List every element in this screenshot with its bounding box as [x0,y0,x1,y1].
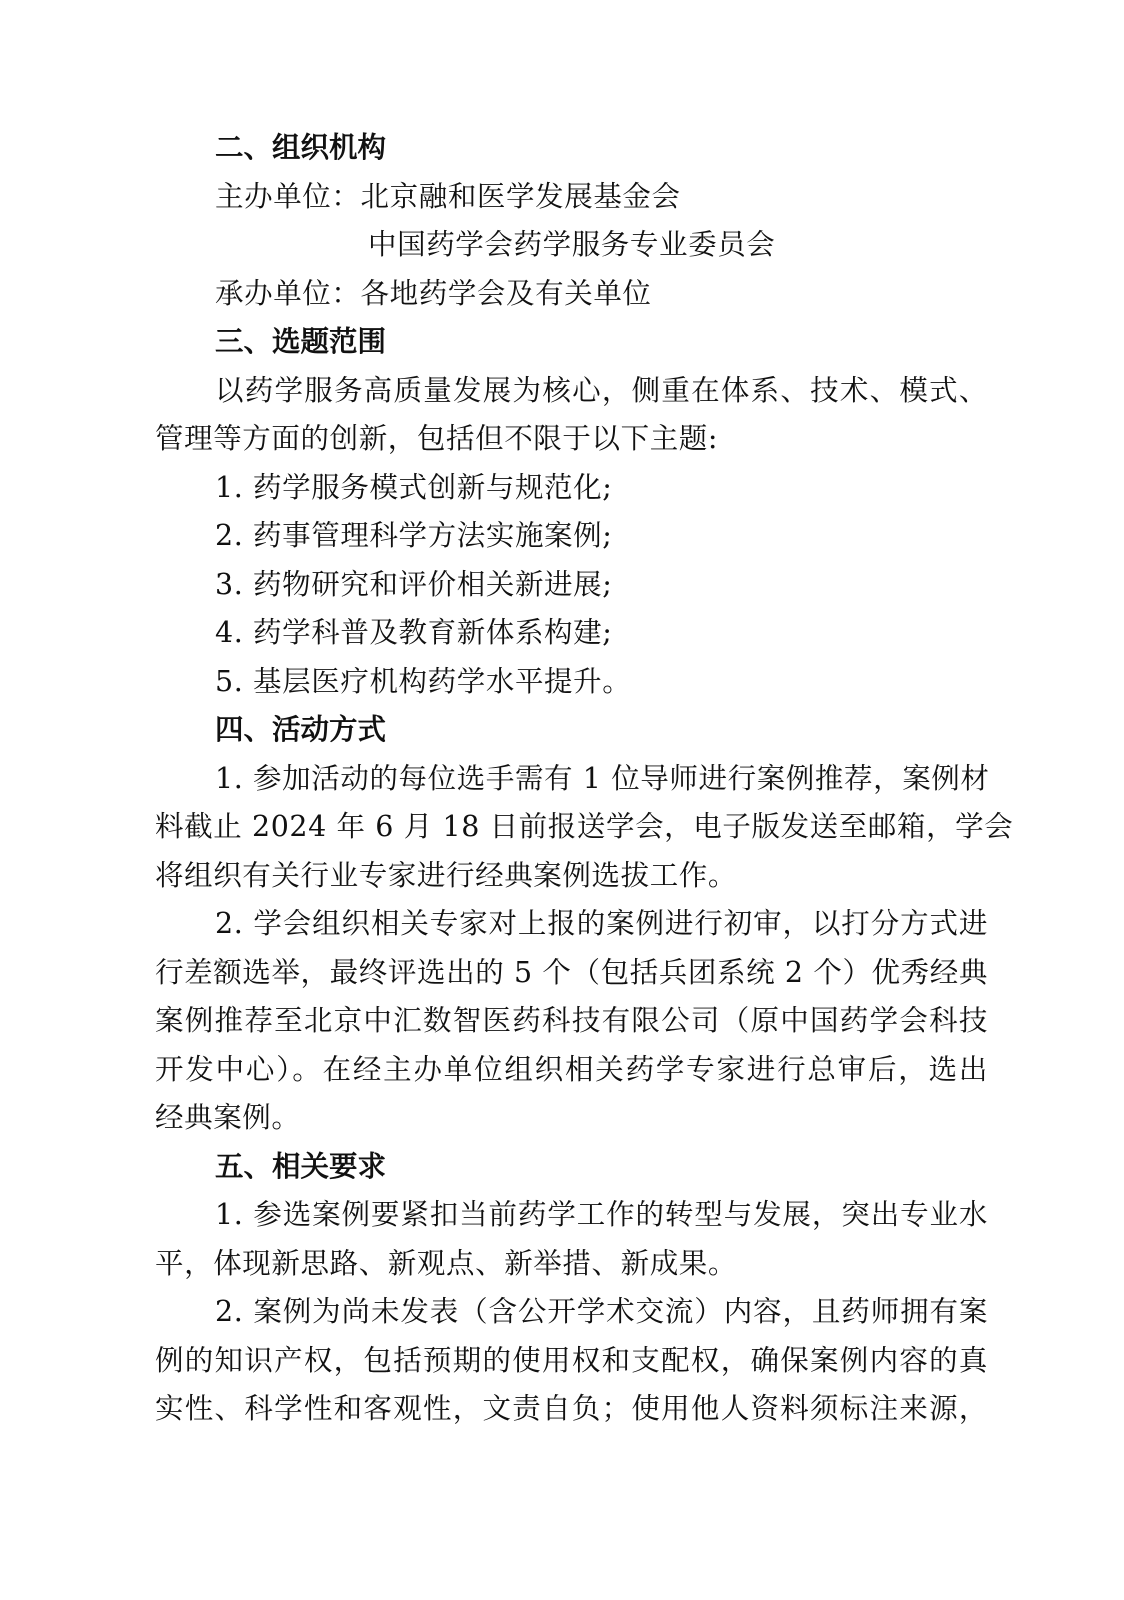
topics-intro-line-1: 以药学服务高质量发展为核心，侧重在体系、技术、模式、 [155,367,988,416]
topics-intro-line-2: 管理等方面的创新，包括但不限于以下主题: [155,415,988,464]
host-units-line: 主办单位：北京融和医学发展基金会 [155,173,988,222]
topic-item: 5. 基层医疗机构药学水平提升。 [155,658,988,707]
section-heading-organization: 二、组织机构 [155,124,988,173]
host-unit-2: 中国药学会药学服务专业委员会 [155,221,988,270]
activity-item2-line: 经典案例。 [155,1094,988,1143]
host-unit-1: 北京融和医学发展基金会 [361,180,681,213]
organizer-line: 承办单位：各地药学会及有关单位 [155,270,988,319]
activity-item1-line: 1. 参加活动的每位选手需有 1 位导师进行案例推荐，案例材 [155,755,988,804]
requirement-item2-line: 例的知识产权，包括预期的使用权和支配权，确保案例内容的真 [155,1337,988,1386]
activity-item2-line: 2. 学会组织相关专家对上报的案例进行初审，以打分方式进 [155,900,988,949]
host-label: 主办单位： [215,180,361,213]
section-heading-topics: 三、选题范围 [155,318,988,367]
activity-item2-line: 行差额选举，最终评选出的 5 个（包括兵团系统 2 个）优秀经典 [155,949,988,998]
activity-item2-line: 案例推荐至北京中汇数智医药科技有限公司（原中国药学会科技 [155,997,988,1046]
topic-item: 1. 药学服务模式创新与规范化; [155,464,988,513]
section-heading-requirements: 五、相关要求 [155,1143,988,1192]
requirement-item2-line: 2. 案例为尚未发表（含公开学术交流）内容，且药师拥有案 [155,1288,988,1337]
activity-item1-line: 料截止 2024 年 6 月 18 日前报送学会，电子版发送至邮箱，学会 [155,803,988,852]
document-page: 二、组织机构 主办单位：北京融和医学发展基金会 中国药学会药学服务专业委员会 承… [155,124,988,1434]
topic-item: 3. 药物研究和评价相关新进展; [155,561,988,610]
organizer-label: 承办单位： [215,277,361,310]
requirement-item1-line: 平，体现新思路、新观点、新举措、新成果。 [155,1240,988,1289]
organizer-value: 各地药学会及有关单位 [361,277,652,310]
requirement-item2-line: 实性、科学性和客观性，文责自负；使用他人资料须标注来源， [155,1385,988,1434]
activity-item2-line: 开发中心）。在经主办单位组织相关药学专家进行总审后，选出 [155,1046,988,1095]
requirement-item1-line: 1. 参选案例要紧扣当前药学工作的转型与发展，突出专业水 [155,1191,988,1240]
topic-item: 4. 药学科普及教育新体系构建; [155,609,988,658]
section-heading-activity: 四、活动方式 [155,706,988,755]
topic-item: 2. 药事管理科学方法实施案例; [155,512,988,561]
activity-item1-line: 将组织有关行业专家进行经典案例选拔工作。 [155,852,988,901]
